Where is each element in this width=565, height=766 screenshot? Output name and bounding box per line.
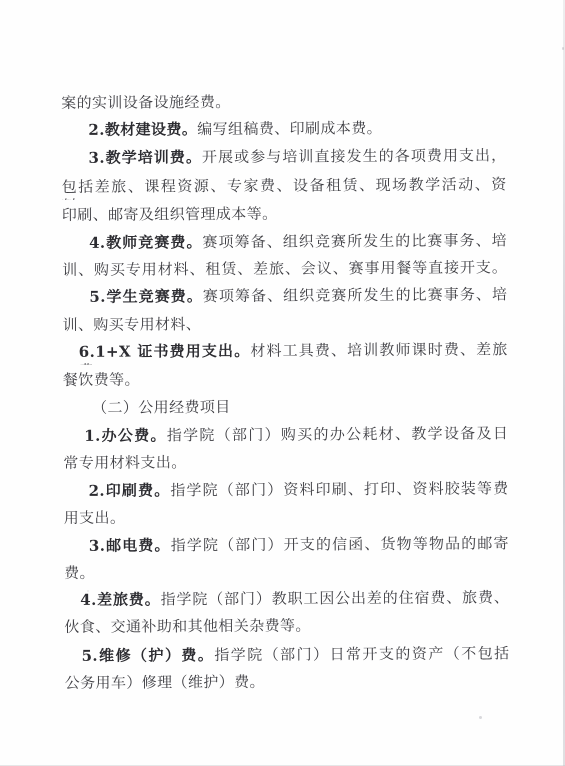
line-text: 训、购买专用材料、 (62, 315, 201, 334)
line-text: 用支出。 (64, 509, 126, 527)
line-text: 编写组稿费、印刷成本费。 (197, 119, 382, 138)
line-text: 指学院（部门）购买的办公耗材、教学设备及日 (167, 424, 509, 444)
line-text: 常专用材料支出。 (63, 453, 186, 472)
line-lead-bold: 1.办公费。 (84, 426, 167, 445)
document-line: 包括差旅、课程资源、专家费、设备租赁、现场教学活动、资料、 (62, 175, 507, 200)
scanned-document-page: 案的实训设备设施经费。2.教材建设费。编写组稿费、印刷成本费。3.教学培训费。开… (0, 0, 565, 766)
document-line: 4.教师竞赛费。赛项筹备、组织竞赛所发生的比赛事务、培 (89, 231, 507, 253)
line-text: 训、购买专用材料、租赁、差旅、会议、赛事用餐等直接开支。 (62, 258, 507, 279)
line-text: 开展或参与培训直接发生的各项费用支出， (202, 146, 507, 166)
document-line: 5.维修（护）费。指学院（部门）日常开支的资产（不包括 (82, 644, 510, 666)
document-line: 餐饮费等。 (63, 368, 508, 390)
line-text: 指学院（部门）开支的信函、货物等物品的邮寄 (171, 534, 509, 554)
scan-speck (87, 590, 89, 592)
document-line: 常专用材料支出。 (63, 451, 508, 473)
document-line: 2.印刷费。指学院（部门）资料印刷、打印、资料胶装等费 (89, 479, 509, 501)
line-text: 费。 (64, 564, 95, 582)
line-lead-bold: 3.教学培训费。 (88, 148, 202, 167)
line-lead-bold: 2.教材建设费。 (88, 120, 197, 139)
document-line: 费。 (64, 561, 509, 583)
document-line: 训、购买专用材料、租赁、差旅、会议、赛事用餐等直接开支。 (62, 258, 507, 280)
document-line: 伙食、交通补助和其他相关杂费等。 (64, 615, 509, 637)
document-line: 1.办公费。指学院（部门）购买的办公耗材、教学设备及日 (84, 424, 508, 446)
document-line: （二）公用经费项目 (92, 396, 508, 418)
document-line: 案的实训设备设施经费。 (61, 91, 506, 113)
document-line: 公务用车）修理（维护）费。 (65, 671, 510, 693)
line-text: 赛项筹备、组织竞赛所发生的比赛事务、培 (202, 231, 507, 251)
line-lead-bold: 6.1+X 证书费用支出。 (79, 342, 251, 361)
document-line: 5.学生竞赛费。赛项筹备、组织竞赛所发生的比赛事务、培 (89, 285, 507, 307)
document-line: 训、购买专用材料、 (62, 313, 507, 335)
line-lead-bold: 4.教师竞赛费。 (89, 233, 203, 252)
document-text: 案的实训设备设施经费。2.教材建设费。编写组稿费、印刷成本费。3.教学培训费。开… (0, 0, 565, 766)
line-text: 公务用车）修理（维护）费。 (65, 673, 265, 692)
line-text: 案的实训设备设施经费。 (61, 93, 231, 112)
line-text: 印刷、邮寄及组织管理成本等。 (62, 205, 278, 224)
line-lead-bold: 2.印刷费。 (89, 481, 171, 499)
scan-speck (479, 716, 482, 719)
scan-speck (562, 47, 564, 50)
line-text: 指学院（部门）教职工因公出差的住宿费、旅费、 (161, 588, 510, 608)
line-text: 包括差旅、课程资源、专家费、设备租赁、现场教学活动、资料、 (62, 175, 507, 200)
document-line: 印刷、邮寄及组织管理成本等。 (62, 203, 507, 225)
document-line: 6.1+X 证书费用支出。材料工具费、培训教师课时费、差旅费、 (79, 340, 508, 365)
document-line: 3.邮电费。指学院（部门）开支的信函、货物等物品的邮寄 (89, 534, 509, 556)
line-text: 伙食、交通补助和其他相关杂费等。 (64, 616, 311, 636)
document-line: 2.教材建设费。编写组稿费、印刷成本费。 (88, 118, 506, 140)
line-lead-bold: 5.维修（护）费。 (82, 646, 215, 665)
line-lead-bold: 4.差旅费。 (80, 590, 161, 608)
document-line: 3.教学培训费。开展或参与培训直接发生的各项费用支出， (88, 146, 506, 168)
line-text: 指学院（部门）资料印刷、打印、资料胶装等费 (170, 479, 508, 499)
line-text: 赛项筹备、组织竞赛所发生的比赛事务、培 (203, 285, 508, 305)
line-text: 餐饮费等。 (63, 371, 140, 389)
document-line: 用支出。 (64, 506, 509, 528)
document-line: 4.差旅费。指学院（部门）教职工因公出差的住宿费、旅费、 (80, 588, 509, 610)
line-lead-bold: 3.邮电费。 (89, 536, 171, 554)
line-text: （二）公用经费项目 (92, 398, 231, 417)
line-text: 指学院（部门）日常开支的资产（不包括 (214, 644, 509, 664)
line-lead-bold: 5.学生竞赛费。 (89, 287, 203, 306)
